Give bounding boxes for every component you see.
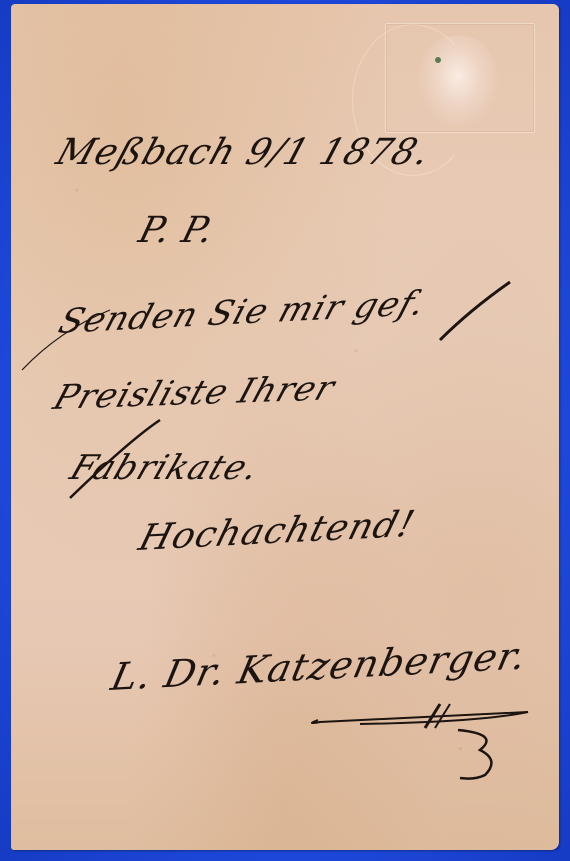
signature-flourish — [300, 700, 550, 790]
coat-of-arms-icon — [418, 36, 498, 126]
date-line: Meßbach 9/1 1878. — [51, 132, 435, 173]
stamp-ink-spot — [435, 57, 441, 63]
salutation-line: P. P. — [135, 210, 219, 251]
body-line-3: Fabrikate. — [65, 448, 265, 488]
